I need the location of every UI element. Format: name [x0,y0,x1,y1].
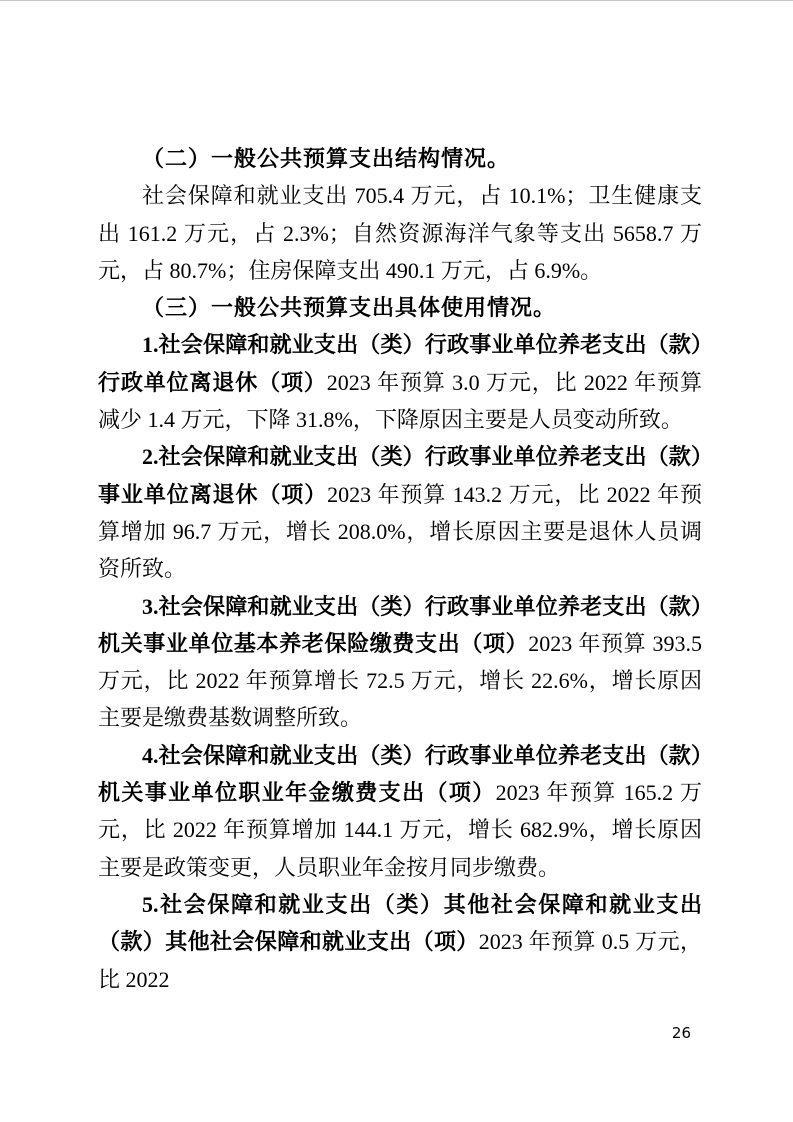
paragraph-para-expenditure-structure-segment: 社会保障和就业支出 705.4 万元，占 10.1%；卫生健康支出 161.2 … [98,183,702,283]
document-page: （二）一般公共预算支出结构情况。社会保障和就业支出 705.4 万元，占 10.… [0,0,793,1122]
document-body: （二）一般公共预算支出结构情况。社会保障和就业支出 705.4 万元，占 10.… [98,140,702,998]
paragraph-item-2: 2.社会保障和就业支出（类）行政事业单位养老支出（款）事业单位离退休（项）202… [98,438,702,587]
paragraph-item-1: 1.社会保障和就业支出（类）行政事业单位养老支出（款）行政单位离退休（项）202… [98,326,702,438]
paragraph-para-expenditure-structure: 社会保障和就业支出 705.4 万元，占 10.1%；卫生健康支出 161.2 … [98,177,702,289]
paragraph-item-3: 3.社会保障和就业支出（类）行政事业单位养老支出（款）机关事业单位基本养老保险缴… [98,588,702,737]
paragraph-heading-section-3: （三）一般公共预算支出具体使用情况。 [98,289,702,326]
paragraph-heading-section-3-segment: （三）一般公共预算支出具体使用情况。 [142,295,556,320]
paragraph-item-4: 4.社会保障和就业支出（类）行政事业单位养老支出（款）机关事业单位职业年金缴费支… [98,737,702,886]
paragraph-item-5: 5.社会保障和就业支出（类）其他社会保障和就业支出（款）其他社会保障和就业支出（… [98,886,702,998]
page-number: 26 [672,1023,691,1043]
paragraph-heading-section-2-segment: （二）一般公共预算支出结构情况。 [142,146,510,171]
paragraph-heading-section-2: （二）一般公共预算支出结构情况。 [98,140,702,177]
